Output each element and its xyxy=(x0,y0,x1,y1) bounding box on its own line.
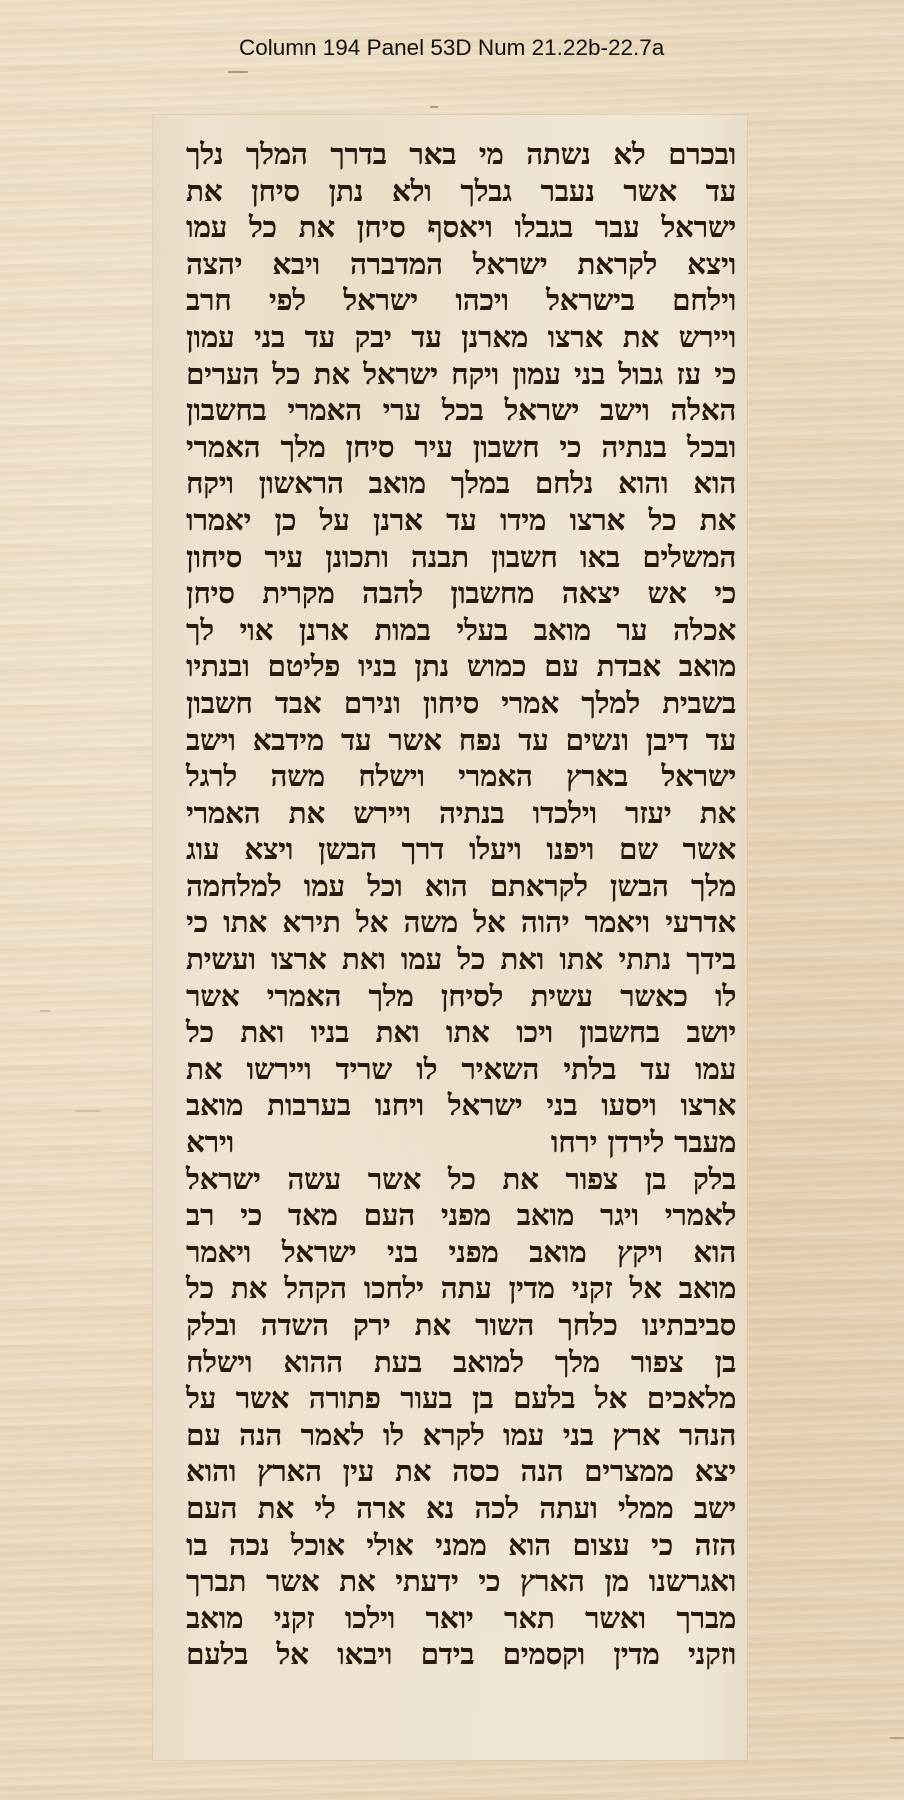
scroll-line: עד דיבן ונשים עד נפח אשר עד מידבא וישב xyxy=(186,722,736,759)
scroll-line: אכלה ער מואב בעלי במות ארנן אוי לך xyxy=(186,612,736,649)
scroll-line: ישראל עבר בגבלו ויאסף סיחן את כל עמו xyxy=(186,209,736,246)
scroll-line: וזקני מדין וקסמים בידם ויבאו אל בלעם xyxy=(186,1636,736,1673)
scroll-line: ויצא לקראת ישראל המדברה ויבא יהצה xyxy=(186,246,736,283)
scroll-line: ואגרשנו מן הארץ כי ידעתי את אשר תברך xyxy=(186,1563,736,1600)
scroll-line-open-section: מעבר לירדן ירחו וירא xyxy=(186,1124,736,1161)
scroll-line: יושב בחשבון ויכו אתו ואת בניו ואת כל xyxy=(186,1014,736,1051)
scroll-line: ובכרם לא נשתה מי באר בדרך המלך נלך xyxy=(186,136,736,173)
scroll-line: בן צפור מלך למואב בעת ההוא וישלח xyxy=(186,1344,736,1381)
scroll-line: מלאכים אל בלעם בן בעור פתורה אשר על xyxy=(186,1380,736,1417)
scroll-line: עמו עד בלתי השאיר לו שריד ויירשו את xyxy=(186,1051,736,1088)
panel-caption: Column 194 Panel 53D Num 21.22b-22.7a xyxy=(0,34,904,62)
scroll-line: אשר שם ויפנו ויעלו דרך הבשן ויצא עוג xyxy=(186,831,736,868)
wood-grain-mark xyxy=(228,71,248,73)
scroll-line: ישראל בארץ האמרי וישלח משה לרגל xyxy=(186,758,736,795)
scroll-line: את כל ארצו מידו עד ארנן על כן יאמרו xyxy=(186,502,736,539)
scroll-line: מברך ואשר תאר יואר וילכו זקני מואב xyxy=(186,1600,736,1637)
wood-grain-mark xyxy=(890,1737,904,1739)
scroll-line: הזה כי עצום הוא ממני אולי אוכל נכה בו xyxy=(186,1527,736,1564)
open-section-right-text: מעבר לירדן ירחו xyxy=(551,1124,736,1161)
scroll-line: עד אשר נעבר גבלך ולא נתן סיחן את xyxy=(186,173,736,210)
scroll-line: מואב אל זקני מדין עתה ילחכו הקהל את כל xyxy=(186,1270,736,1307)
scroll-line: כי עז גבול בני עמון ויקח ישראל את כל הער… xyxy=(186,356,736,393)
open-section-left-text: וירא xyxy=(186,1124,234,1161)
scroll-line: כי אש יצאה מחשבון להבה מקרית סיחן xyxy=(186,575,736,612)
scroll-line: לו כאשר עשית לסיחן מלך האמרי אשר xyxy=(186,978,736,1015)
scroll-line: בלק בן צפור את כל אשר עשה ישראל xyxy=(186,1161,736,1198)
scroll-line: הוא והוא נלחם במלך מואב הראשון ויקח xyxy=(186,465,736,502)
scroll-line: מלך הבשן לקראתם הוא וכל עמו למלחמה xyxy=(186,868,736,905)
scroll-line: בשבית למלך אמרי סיחון ונירם אבד חשבון xyxy=(186,685,736,722)
scroll-line: בידך נתתי אתו ואת כל עמו ואת ארצו ועשית xyxy=(186,941,736,978)
wood-grain-mark xyxy=(430,106,438,108)
scroll-line: ובכל בנתיה כי חשבון עיר סיחן מלך האמרי xyxy=(186,429,736,466)
scroll-line: ישב ממלי ועתה לכה נא ארה לי את העם xyxy=(186,1490,736,1527)
scroll-line: האלה וישב ישראל בכל ערי האמרי בחשבון xyxy=(186,392,736,429)
scroll-line: וילחם בישראל ויכהו ישראל לפי חרב xyxy=(186,282,736,319)
wood-grain-mark xyxy=(40,1010,50,1012)
scroll-line: הוא ויקץ מואב מפני בני ישראל ויאמר xyxy=(186,1234,736,1271)
scroll-line: ויירש את ארצו מארנן עד יבק עד בני עמון xyxy=(186,319,736,356)
scroll-line: ארצו ויסעו בני ישראל ויחנו בערבות מואב xyxy=(186,1087,736,1124)
scroll-line: אדרעי ויאמר יהוה אל משה אל תירא אתו כי xyxy=(186,904,736,941)
wood-grain-mark xyxy=(75,1110,101,1112)
scroll-line: לאמרי ויגר מואב מפני העם מאד כי רב xyxy=(186,1197,736,1234)
scroll-line: מואב אבדת עם כמוש נתן בניו פליטם ובנתיו xyxy=(186,648,736,685)
scroll-line: את יעזר וילכדו בנתיה ויירש את האמרי xyxy=(186,795,736,832)
scroll-line: הנהר ארץ בני עמו לקרא לו לאמר הנה עם xyxy=(186,1417,736,1454)
scroll-line: יצא ממצרים הנה כסה את עין הארץ והוא xyxy=(186,1453,736,1490)
scroll-text-column: ובכרם לא נשתה מי באר בדרך המלך נלך עד אש… xyxy=(186,136,736,1673)
scroll-line: המשלים באו חשבון תבנה ותכונן עיר סיחון xyxy=(186,539,736,576)
scroll-line: סביבתינו כלחך השור את ירק השדה ובלק xyxy=(186,1307,736,1344)
